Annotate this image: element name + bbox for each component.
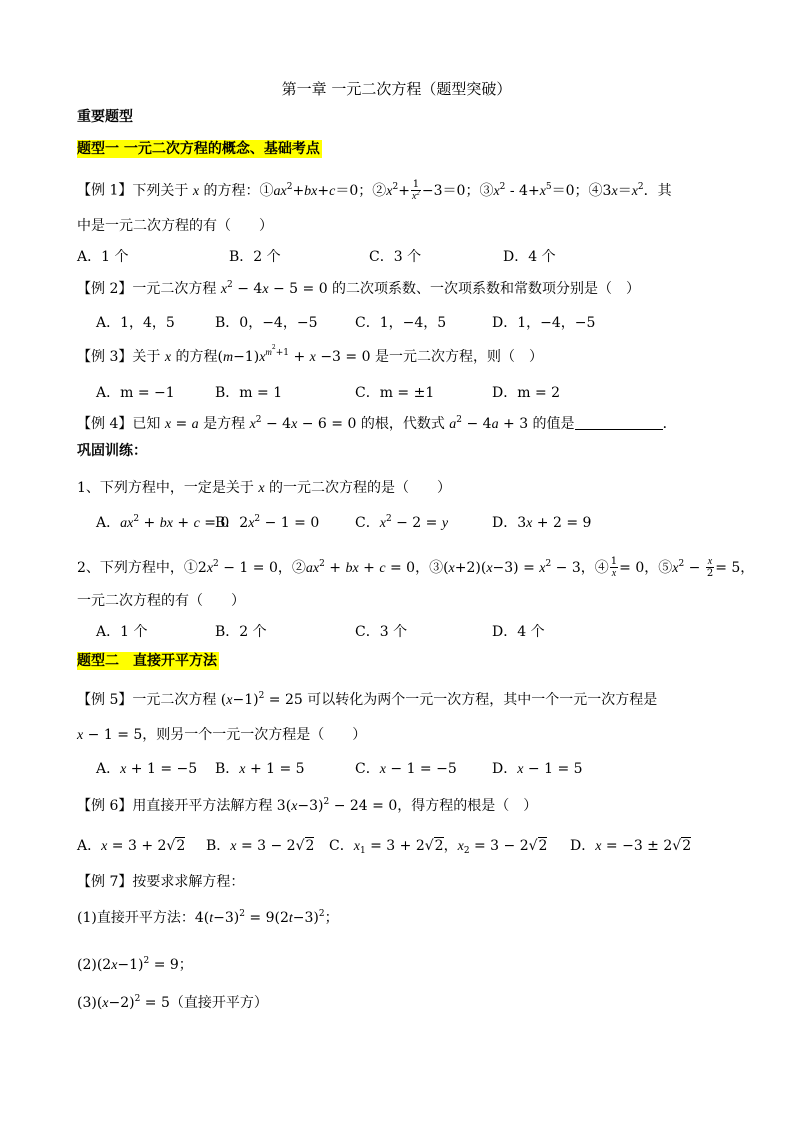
- example-5-label: 【例 5】: [77, 692, 132, 708]
- example-1-option-c[interactable]: C．3 个: [369, 247, 421, 267]
- practice-q2-line2: 一元二次方程的有（ ）: [77, 591, 245, 611]
- page-title: 第一章 一元二次方程（题型突破）: [0, 79, 793, 99]
- example-3-option-b[interactable]: B．m = 1: [215, 383, 282, 403]
- example-2-line: 【例 2】一元二次方程 x2 − 4x − 5 = 0 的二次项系数、一次项系数…: [77, 279, 640, 300]
- example-6-line: 【例 6】用直接开平方法解方程 3(x−3)2 − 24 = 0，得方程的根是（…: [77, 796, 537, 817]
- example-7-text: 按要求求解方程：: [132, 874, 244, 890]
- example-1-option-b[interactable]: B．2 个: [229, 247, 281, 267]
- example-1-label: 【例 1】: [77, 183, 132, 199]
- example-5-option-c[interactable]: C．x − 1 = −5: [355, 759, 457, 780]
- example-1-line2: 中是一元二次方程的有（ ）: [77, 216, 273, 236]
- practice-q1-option-a[interactable]: A．ax2 + bx + c = 0: [96, 513, 229, 534]
- example-3-line: 【例 3】关于 x 的方程(m−1)xm2+1 + x −3 = 0 是一元二次…: [77, 347, 543, 368]
- practice-q2-option-a[interactable]: A．1 个: [96, 622, 147, 642]
- practice-q2-line: 2、下列方程中，①2x2 − 1 = 0，②ax2 + bx + c = 0，③…: [77, 556, 754, 579]
- example-2-option-d[interactable]: D．1，−4，−5: [492, 313, 595, 333]
- example-7-line: 【例 7】按要求求解方程：: [77, 872, 244, 892]
- example-5-option-d[interactable]: D．x − 1 = 5: [492, 759, 583, 780]
- type1-heading-text: 题型一 一元二次方程的概念、基础考点: [77, 140, 322, 158]
- answer-blank[interactable]: [575, 415, 663, 430]
- example-1-line1: 【例 1】下列关于 x 的方程：①ax2+bx+c＝0；②x2+1x2−3＝0；…: [77, 179, 672, 202]
- example-3-option-a[interactable]: A．m = −1: [96, 383, 175, 403]
- type2-heading: 题型二 直接开平方法: [77, 651, 219, 671]
- example-2-option-b[interactable]: B．0，−4，−5: [215, 313, 317, 333]
- practice-q1-option-b[interactable]: B．2x2 − 1 = 0: [215, 513, 319, 534]
- example-2-option-a[interactable]: A．1，4，5: [96, 313, 175, 333]
- type1-heading: 题型一 一元二次方程的概念、基础考点: [77, 139, 322, 159]
- practice-q1-option-c[interactable]: C．x2 − 2 = y: [355, 513, 448, 534]
- practice-q2-option-c[interactable]: C．3 个: [355, 622, 407, 642]
- example-6-label: 【例 6】: [77, 798, 132, 814]
- example-3-option-c[interactable]: C．m = ±1: [355, 383, 434, 403]
- example-4-line: 【例 4】已知 x = a 是方程 x2 − 4x − 6 = 0 的根，代数式…: [77, 414, 677, 435]
- example-6-option-b[interactable]: B．x = 3 − 2√2: [206, 836, 314, 857]
- example-7-part-3: (3)(x−2)2 = 5（直接开平方）: [77, 993, 268, 1014]
- practice-q2-option-b[interactable]: B．2 个: [215, 622, 267, 642]
- example-4-label: 【例 4】: [77, 416, 132, 432]
- example-2-label: 【例 2】: [77, 281, 132, 297]
- example-2-option-c[interactable]: C．1，−4，5: [355, 313, 446, 333]
- example-5-option-a[interactable]: A．x + 1 = −5: [96, 759, 197, 780]
- example-6-option-c[interactable]: C．x1 = 3 + 2√2，x2 = 3 − 2√2: [329, 836, 547, 857]
- example-5-line1: 【例 5】一元二次方程 (x−1)2 = 25 可以转化为两个一元一次方程，其中…: [77, 690, 657, 711]
- practice-heading: 巩固训练：: [77, 441, 147, 461]
- example-1-option-a[interactable]: A．1 个: [77, 247, 128, 267]
- section-heading: 重要题型: [77, 107, 133, 127]
- example-6-option-a[interactable]: A．x = 3 + 2√2: [77, 836, 185, 857]
- practice-q1-line: 1、下列方程中，一定是关于 x 的一元二次方程的是（ ）: [77, 478, 451, 499]
- example-7-part-2: (2)(2x−1)2 = 9；: [77, 955, 193, 976]
- practice-q1-option-d[interactable]: D．3x + 2 = 9: [492, 513, 591, 534]
- example-5-line2: x − 1 = 5，则另一个一元一次方程是（ ）: [77, 725, 366, 746]
- example-3-option-d[interactable]: D．m = 2: [492, 383, 560, 403]
- practice-q2-option-d[interactable]: D．4 个: [492, 622, 545, 642]
- example-7-label: 【例 7】: [77, 874, 132, 890]
- example-6-option-d[interactable]: D．x = −3 ± 2√2: [570, 836, 691, 857]
- example-3-label: 【例 3】: [77, 349, 132, 365]
- example-7-part-1: (1)直接开平方法：4(t−3)2 = 9(2t−3)2；: [77, 908, 339, 929]
- type2-heading-text: 题型二 直接开平方法: [77, 652, 219, 670]
- example-5-option-b[interactable]: B．x + 1 = 5: [215, 759, 305, 780]
- example-1-option-d[interactable]: D．4 个: [503, 247, 556, 267]
